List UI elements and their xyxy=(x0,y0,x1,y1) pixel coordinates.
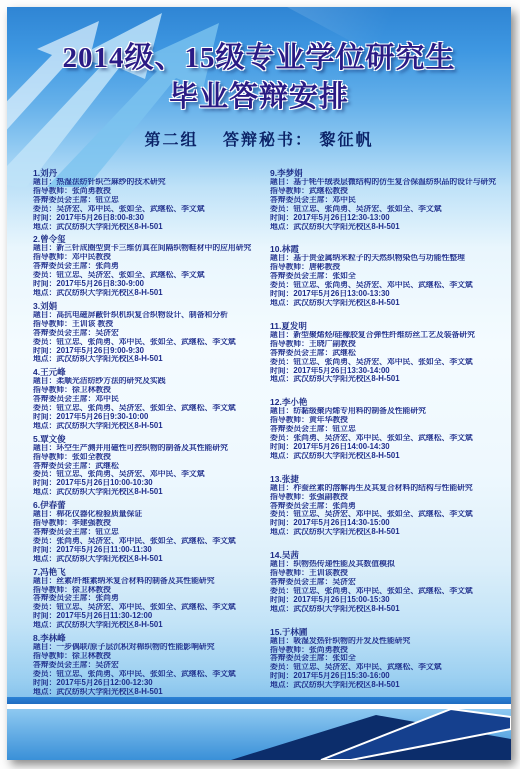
student-name: 15.于林圃 xyxy=(270,627,497,637)
members-line: 委员：钮立忠、张尚勇、吴济宏、张如全、武继松、李文斌 xyxy=(33,404,260,413)
members-label: 委员： xyxy=(270,587,293,595)
secretary-name: 黎征帆 xyxy=(319,132,373,149)
topic-value: 棉花仪器化检验质量保证 xyxy=(56,510,142,518)
topic-label: 题目： xyxy=(33,510,56,518)
advisor-value: 徐卫林教授 xyxy=(72,652,111,660)
time-label: 时间： xyxy=(270,443,293,451)
chair-line: 答辩委员会主席：武继松 xyxy=(270,349,497,358)
location-label: 地点： xyxy=(270,452,293,460)
advisor-line: 指导教师：张尚勇教授 xyxy=(270,646,497,655)
topic-value: 热湿法纺针织苎麻纱的技术研究 xyxy=(56,178,165,186)
advisor-label: 指导教师： xyxy=(270,569,309,577)
defense-entry: 13.张捷 题目：柞蚕丝素的溶解再生及其复合材料的结构与性能研究 指导教师：张强… xyxy=(270,474,497,537)
chair-label: 答辩委员会主席： xyxy=(33,329,95,337)
location-value: 武汉纺织大学阳光校区8-H-501 xyxy=(56,555,162,563)
schedule-columns: 1.刘丹 题目：热湿法纺针织苎麻纱的技术研究 指导教师：张尚勇教授 答辩委员会主… xyxy=(33,168,497,703)
time-label: 时间： xyxy=(33,280,56,288)
members-value: 张尚勇、吴济宏、邓中民、张如全、武继松、李文斌 xyxy=(293,434,472,442)
advisor-line: 指导教师：张尚勇教授 xyxy=(33,187,260,196)
topic-line: 题目：纺黏级聚丙烯专用料的制备及性能研究 xyxy=(270,407,497,416)
advisor-label: 指导教师： xyxy=(270,493,309,501)
chair-line: 答辩委员会主席：张尚勇 xyxy=(270,502,497,511)
advisor-label: 指导教师： xyxy=(33,453,72,461)
chair-value: 张如全 xyxy=(332,272,355,280)
time-label: 时间： xyxy=(33,612,56,620)
location-line: 地点：武汉纺织大学阳光校区8-H-501 xyxy=(270,375,497,384)
topic-line: 题目：织物热传递性能及其数值模拟 xyxy=(270,560,497,569)
topic-label: 题目： xyxy=(33,311,56,319)
members-value: 钮立忠、张尚勇、邓中民、张如全、武继松、李文斌 xyxy=(56,670,235,678)
members-line: 委员：钮立忠、张尚勇、吴济宏、张如全、李文斌 xyxy=(270,205,497,214)
members-label: 委员： xyxy=(33,271,56,279)
members-value: 钮立忠、张尚勇、邓中民、张如全、武继松、李文斌 xyxy=(56,338,235,346)
topic-line: 题目：新三针成圈型贾卡三维仿真在间隔织物鞋材中的应用研究 xyxy=(33,244,260,253)
members-value: 钮立忠、吴济宏、邓中民、张如全、武继松、李文斌 xyxy=(56,603,235,611)
topic-label: 题目： xyxy=(270,484,293,492)
location-line: 地点：武汉纺织大学阳光校区8-H-501 xyxy=(33,422,260,431)
advisor-label: 指导教师： xyxy=(33,253,72,261)
topic-label: 题目： xyxy=(270,254,293,262)
topic-label: 题目： xyxy=(33,444,56,452)
location-label: 地点： xyxy=(33,555,56,563)
time-label: 时间： xyxy=(270,214,293,222)
student-name: 6.伊春蕾 xyxy=(33,500,260,510)
advisor-value: 唐彬教授 xyxy=(309,263,340,271)
advisor-line: 指导教师：邓中民教授 xyxy=(33,253,260,262)
location-label: 地点： xyxy=(33,621,56,629)
bottom-navy-swoosh-icon xyxy=(201,709,511,760)
chair-line: 答辩委员会主席：钮立忠 xyxy=(33,196,260,205)
members-label: 委员： xyxy=(33,603,56,611)
advisor-value: 徐卫林教授 xyxy=(72,386,111,394)
chair-line: 答辩委员会主席：邓中民 xyxy=(33,395,260,404)
advisor-value: 武继松教授 xyxy=(309,187,348,195)
location-value: 武汉纺织大学阳光校区8-H-501 xyxy=(56,422,162,430)
location-value: 武汉纺织大学阳光校区8-H-501 xyxy=(293,605,399,613)
chair-label: 答辩委员会主席： xyxy=(270,654,332,662)
advisor-value: 李建强教授 xyxy=(72,519,111,527)
members-label: 委员： xyxy=(33,205,56,213)
advisor-line: 指导教师：张如全教授 xyxy=(33,453,260,462)
members-line: 委员：钮立忠、吴济宏、邓中民、张如全、武继松、李文斌 xyxy=(33,603,260,612)
chair-label: 答辩委员会主席： xyxy=(270,578,332,586)
chair-value: 武继松 xyxy=(332,349,355,357)
members-line: 委员：钮立忠、张尚勇、吴济宏、邓中民、张如全、李文斌 xyxy=(270,358,497,367)
advisor-line: 指导教师：王训该 教授 xyxy=(33,320,260,329)
chair-label: 答辩委员会主席： xyxy=(33,528,95,536)
topic-label: 题目： xyxy=(270,331,293,339)
topic-line: 题目：丝素/纤维素纳米复合材料的制备及其性能研究 xyxy=(33,577,260,586)
topic-value: 基于贵金属纳米粒子的天然织物染色与功能性整理 xyxy=(293,254,465,262)
chair-label: 答辩委员会主席： xyxy=(33,594,95,602)
topic-line: 题目：棉花仪器化检验质量保证 xyxy=(33,510,260,519)
location-label: 地点： xyxy=(33,289,56,297)
time-value: 2017年5月26日12:30-13:00 xyxy=(293,214,389,222)
left-column: 1.刘丹 题目：热湿法纺针织苎麻纱的技术研究 指导教师：张尚勇教授 答辩委员会主… xyxy=(33,168,260,703)
chair-value: 邓中民 xyxy=(332,196,355,204)
topic-line: 题目：吸湿发热针织物的开发及性能研究 xyxy=(270,637,497,646)
defense-entry: 14.吴茜 题目：织物热传递性能及其数值模拟 指导教师：王训该教授 答辩委员会主… xyxy=(270,550,497,613)
chair-line: 答辩委员会主席：钮立忠 xyxy=(33,528,260,537)
location-label: 地点： xyxy=(33,422,56,430)
location-line: 地点：武汉纺织大学阳光校区8-H-501 xyxy=(33,621,260,630)
time-line: 时间：2017年5月26日15:00-15:30 xyxy=(270,596,497,605)
topic-label: 题目： xyxy=(270,560,293,568)
topic-line: 题目：基于贵金属纳米粒子的天然织物染色与功能性整理 xyxy=(270,254,497,263)
student-name: 11.夏发明 xyxy=(270,321,497,331)
advisor-value: 黄年华教授 xyxy=(309,416,348,424)
advisor-line: 指导教师：张强副教授 xyxy=(270,493,497,502)
location-label: 地点： xyxy=(270,299,293,307)
chair-line: 答辩委员会主席：武继松 xyxy=(33,462,260,471)
topic-line: 题目：柔顺光洁纺纱方法的研究及实践 xyxy=(33,377,260,386)
time-label: 时间： xyxy=(33,479,56,487)
defense-entry: 4.王元峰 题目：柔顺光洁纺纱方法的研究及实践 指导教师：徐卫林教授 答辩委员会… xyxy=(33,367,260,430)
members-label: 委员： xyxy=(33,404,56,412)
topic-label: 题目： xyxy=(33,377,56,385)
poster-header: 2014级、15级专业学位研究生 毕业答辩安排 第二组 答辩秘书： 黎征帆 xyxy=(7,7,511,150)
chair-line: 答辩委员会主席：吴济宏 xyxy=(270,578,497,587)
student-name: 5.覃文俊 xyxy=(33,434,260,444)
time-label: 时间： xyxy=(33,413,56,421)
topic-value: 柞蚕丝素的溶解再生及其复合材料的结构与性能研究 xyxy=(293,484,472,492)
members-label: 委员： xyxy=(270,205,293,213)
members-value: 张尚勇、吴济宏、邓中民、张如全、武继松、李文斌 xyxy=(56,537,235,545)
student-name: 8.李林峰 xyxy=(33,633,260,643)
time-label: 时间： xyxy=(33,214,56,222)
members-line: 委员：钮立忠、吴济宏、邓中民、张如全、武继松、李文斌 xyxy=(270,510,497,519)
student-name: 2.曾令玺 xyxy=(33,234,260,244)
topic-line: 题目：热湿法纺针织苎麻纱的技术研究 xyxy=(33,178,260,187)
members-label: 委员： xyxy=(33,470,56,478)
members-value: 钮立忠、吴济宏、邓中民、张如全、武继松、李文斌 xyxy=(293,510,472,518)
defense-schedule-poster: 2014级、15级专业学位研究生 毕业答辩安排 第二组 答辩秘书： 黎征帆 1.… xyxy=(7,7,511,760)
members-label: 委员： xyxy=(270,358,293,366)
members-value: 钮立忠、张尚勇、邓中民、张如全、武继松、李文斌 xyxy=(293,587,472,595)
members-value: 钮立忠、吴济宏、邓中民、武继松、李文斌 xyxy=(293,663,441,671)
defense-entry: 3.刘娟 题目：高抗电磁屏蔽针织机织复合织物设计、制备和分析 指导教师：王训该 … xyxy=(33,301,260,364)
location-line: 地点：武汉纺织大学阳光校区8-H-501 xyxy=(270,605,497,614)
time-value: 2017年5月26日11:00-11:30 xyxy=(56,546,151,554)
chair-value: 张如全 xyxy=(332,654,355,662)
members-label: 委员： xyxy=(270,281,293,289)
time-label: 时间： xyxy=(270,672,293,680)
location-line: 地点：武汉纺织大学阳光校区8-H-501 xyxy=(270,223,497,232)
student-name: 14.吴茜 xyxy=(270,550,497,560)
advisor-label: 指导教师： xyxy=(270,263,309,271)
members-value: 钮立忠、张尚勇、吴济宏、邓中民、张如全、李文斌 xyxy=(293,358,472,366)
topic-value: 环空生产测井用磁性可控织物的制备及其性能研究 xyxy=(56,444,228,452)
bottom-blue-band xyxy=(7,709,511,760)
defense-entry: 8.李林峰 题目：一步偶联/原子层沉积对棉织物的性能影响研究 指导教师：徐卫林教… xyxy=(33,633,260,696)
time-value: 2017年5月26日11:30-12:00 xyxy=(56,612,152,620)
members-label: 委员： xyxy=(33,338,56,346)
defense-entry: 1.刘丹 题目：热湿法纺针织苎麻纱的技术研究 指导教师：张尚勇教授 答辩委员会主… xyxy=(33,168,260,231)
location-value: 武汉纺织大学阳光校区8-H-501 xyxy=(293,681,399,689)
chair-label: 答辩委员会主席： xyxy=(270,272,332,280)
location-value: 武汉纺织大学阳光校区8-H-501 xyxy=(56,621,162,629)
topic-value: 吸湿发热针织物的开发及性能研究 xyxy=(293,637,410,645)
time-line: 时间：2017年5月26日11:00-11:30 xyxy=(33,546,260,555)
location-line: 地点：武汉纺织大学阳光校区8-H-501 xyxy=(33,555,260,564)
chair-label: 答辩委员会主席： xyxy=(33,661,95,669)
chair-value: 张尚勇 xyxy=(332,502,355,510)
chair-line: 答辩委员会主席：邓中民 xyxy=(270,196,497,205)
chair-label: 答辩委员会主席： xyxy=(270,502,332,510)
chair-label: 答辩委员会主席： xyxy=(270,425,332,433)
time-value: 2017年5月26日15:30-16:00 xyxy=(293,672,389,680)
time-value: 2017年5月26日9:30-10:00 xyxy=(56,413,148,421)
defense-entry: 12.李小艳 题目：纺黏级聚丙烯专用料的制备及性能研究 指导教师：黄年华教授 答… xyxy=(270,397,497,460)
location-label: 地点： xyxy=(33,355,56,363)
advisor-label: 指导教师： xyxy=(33,586,72,594)
time-value: 2017年5月26日15:00-15:30 xyxy=(293,596,389,604)
members-value: 钮立忠、张尚勇、吴济宏、邓中民、武继松、李文斌 xyxy=(293,281,472,289)
advisor-label: 指导教师： xyxy=(33,187,72,195)
advisor-line: 指导教师：唐彬教授 xyxy=(270,263,497,272)
time-line: 时间：2017年5月26日14:00-14:30 xyxy=(270,443,497,452)
location-value: 武汉纺织大学阳光校区8-H-501 xyxy=(293,452,399,460)
topic-value: 新型聚烯烃/硅橡胶复合弹性纤维纺丝工艺及装备研究 xyxy=(293,331,475,339)
members-value: 钮立忠、吴济宏、张如全、武继松、李文斌 xyxy=(56,271,204,279)
advisor-value: 张尚勇教授 xyxy=(309,646,348,654)
time-line: 时间：2017年5月26日8:30-9:00 xyxy=(33,280,260,289)
advisor-value: 徐卫林教授 xyxy=(72,586,111,594)
location-value: 武汉纺织大学阳光校区8-H-501 xyxy=(56,688,162,696)
location-label: 地点： xyxy=(33,688,56,696)
members-label: 委员： xyxy=(270,434,293,442)
members-line: 委员：钮立忠、张尚勇、吴济宏、邓中民、武继松、李文斌 xyxy=(270,281,497,290)
topic-value: 丝素/纤维素纳米复合材料的制备及其性能研究 xyxy=(56,577,214,585)
right-column: 9.李梦娟 题目：基于牦牛绒表层微结构的仿生复合保温纺织品的设计与研究 指导教师… xyxy=(270,168,497,703)
chair-label: 答辩委员会主席： xyxy=(33,262,95,270)
chair-value: 钮立忠 xyxy=(332,425,355,433)
time-value: 2017年5月26日8:30-9:00 xyxy=(56,280,144,288)
advisor-value: 张强副教授 xyxy=(309,493,348,501)
poster-title-line2: 毕业答辩安排 xyxy=(7,75,511,114)
time-label: 时间： xyxy=(33,546,56,554)
members-value: 钮立忠、张尚勇、吴济宏、张如全、武继松、李文斌 xyxy=(56,404,235,412)
members-line: 委员：钮立忠、张尚勇、邓中民、张如全、武继松、李文斌 xyxy=(33,670,260,679)
chair-line: 答辩委员会主席：钮立忠 xyxy=(270,425,497,434)
location-line: 地点：武汉纺织大学阳光校区8-H-501 xyxy=(270,528,497,537)
topic-line: 题目：一步偶联/原子层沉积对棉织物的性能影响研究 xyxy=(33,643,260,652)
chair-line: 答辩委员会主席：张尚勇 xyxy=(33,594,260,603)
location-label: 地点： xyxy=(270,681,293,689)
members-label: 委员： xyxy=(270,510,293,518)
time-line: 时间：2017年5月26日15:30-16:00 xyxy=(270,672,497,681)
advisor-value: 邓中民教授 xyxy=(72,253,111,261)
chair-value: 钮立忠 xyxy=(95,196,118,204)
defense-entry: 10.林霞 题目：基于贵金属纳米粒子的天然织物染色与功能性整理 指导教师：唐彬教… xyxy=(270,244,497,307)
members-line: 委员：钮立忠、吴济宏、邓中民、武继松、李文斌 xyxy=(270,663,497,672)
time-value: 2017年5月26日9:00-9:30 xyxy=(56,347,144,355)
advisor-label: 指导教师： xyxy=(33,519,72,527)
chair-value: 张尚勇 xyxy=(95,262,118,270)
time-label: 时间： xyxy=(33,679,56,687)
advisor-label: 指导教师： xyxy=(270,187,309,195)
members-value: 吴济宏、邓中民、张如全、武继松、李文斌 xyxy=(56,205,204,213)
advisor-line: 指导教师：徐卫林教授 xyxy=(33,652,260,661)
members-line: 委员：吴济宏、邓中民、张如全、武继松、李文斌 xyxy=(33,205,260,214)
location-line: 地点：武汉纺织大学阳光校区8-H-501 xyxy=(33,688,260,697)
defense-entry: 6.伊春蕾 题目：棉花仪器化检验质量保证 指导教师：李建强教授 答辩委员会主席：… xyxy=(33,500,260,563)
location-value: 武汉纺织大学阳光校区8-H-501 xyxy=(56,223,162,231)
chair-line: 答辩委员会主席：张如全 xyxy=(270,654,497,663)
time-value: 2017年5月26日8:00-8:30 xyxy=(56,214,144,222)
location-value: 武汉纺织大学阳光校区8-H-501 xyxy=(56,488,162,496)
defense-entry: 15.于林圃 题目：吸湿发热针织物的开发及性能研究 指导教师：张尚勇教授 答辩委… xyxy=(270,627,497,690)
time-label: 时间： xyxy=(270,596,293,604)
location-value: 武汉纺织大学阳光校区8-H-501 xyxy=(293,528,399,536)
location-label: 地点： xyxy=(270,375,293,383)
defense-entry: 5.覃文俊 题目：环空生产测井用磁性可控织物的制备及其性能研究 指导教师：张如全… xyxy=(33,434,260,497)
topic-value: 织物热传递性能及其数值模拟 xyxy=(293,560,394,568)
student-name: 4.王元峰 xyxy=(33,367,260,377)
student-name: 3.刘娟 xyxy=(33,301,260,311)
time-label: 时间： xyxy=(270,367,293,375)
advisor-line: 指导教师：王晓广副教授 xyxy=(270,340,497,349)
location-value: 武汉纺织大学阳光校区8-H-501 xyxy=(293,375,399,383)
student-name: 10.林霞 xyxy=(270,244,497,254)
advisor-line: 指导教师：徐卫林教授 xyxy=(33,586,260,595)
topic-value: 一步偶联/原子层沉积对棉织物的性能影响研究 xyxy=(56,643,214,651)
chair-label: 答辩委员会主席： xyxy=(270,349,332,357)
advisor-line: 指导教师：黄年华教授 xyxy=(270,416,497,425)
poster-title-line1: 2014级、15级专业学位研究生 xyxy=(7,7,511,75)
advisor-value: 张尚勇教授 xyxy=(72,187,111,195)
chair-value: 邓中民 xyxy=(95,395,118,403)
chair-line: 答辩委员会主席：张如全 xyxy=(270,272,497,281)
topic-value: 基于牦牛绒表层微结构的仿生复合保温纺织品的设计与研究 xyxy=(293,178,496,186)
topic-label: 题目： xyxy=(33,643,56,651)
advisor-value: 王训该教授 xyxy=(309,569,348,577)
chair-value: 吴济宏 xyxy=(95,329,118,337)
location-label: 地点： xyxy=(270,528,293,536)
advisor-label: 指导教师： xyxy=(33,320,72,328)
advisor-line: 指导教师：王训该教授 xyxy=(270,569,497,578)
chair-value: 张尚勇 xyxy=(95,594,118,602)
location-line: 地点：武汉纺织大学阳光校区8-H-501 xyxy=(270,299,497,308)
defense-entry: 7.冯艳飞 题目：丝素/纤维素纳米复合材料的制备及其性能研究 指导教师：徐卫林教… xyxy=(33,567,260,630)
time-label: 时间： xyxy=(270,519,293,527)
chair-value: 武继松 xyxy=(95,462,118,470)
time-label: 时间： xyxy=(33,347,56,355)
chair-value: 吴济宏 xyxy=(332,578,355,586)
chair-label: 答辩委员会主席： xyxy=(33,196,95,204)
time-line: 时间：2017年5月26日10:00-10:30 xyxy=(33,479,260,488)
members-label: 委员： xyxy=(33,537,56,545)
time-value: 2017年5月26日14:30-15:00 xyxy=(293,519,389,527)
chair-label: 答辩委员会主席： xyxy=(33,395,95,403)
location-line: 地点：武汉纺织大学阳光校区8-H-501 xyxy=(270,452,497,461)
time-value: 2017年5月26日10:00-10:30 xyxy=(56,479,152,487)
time-line: 时间：2017年5月26日12:00-12:30 xyxy=(33,679,260,688)
time-line: 时间：2017年5月26日9:00-9:30 xyxy=(33,347,260,356)
time-line: 时间：2017年5月26日12:30-13:00 xyxy=(270,214,497,223)
chair-line: 答辩委员会主席：张尚勇 xyxy=(33,262,260,271)
chair-value: 吴济宏 xyxy=(95,661,118,669)
members-label: 委员： xyxy=(33,670,56,678)
defense-entry: 11.夏发明 题目：新型聚烯烃/硅橡胶复合弹性纤维纺丝工艺及装备研究 指导教师：… xyxy=(270,321,497,384)
time-line: 时间：2017年5月26日14:30-15:00 xyxy=(270,519,497,528)
topic-label: 题目： xyxy=(270,178,293,186)
location-value: 武汉纺织大学阳光校区8-H-501 xyxy=(56,355,162,363)
topic-line: 题目：基于牦牛绒表层微结构的仿生复合保温纺织品的设计与研究 xyxy=(270,178,497,187)
student-name: 7.冯艳飞 xyxy=(33,567,260,577)
time-line: 时间：2017年5月26日13:30-14:00 xyxy=(270,367,497,376)
advisor-label: 指导教师： xyxy=(270,646,309,654)
location-value: 武汉纺织大学阳光校区8-H-501 xyxy=(56,289,162,297)
advisor-line: 指导教师：李建强教授 xyxy=(33,519,260,528)
location-value: 武汉纺织大学阳光校区8-H-501 xyxy=(293,299,399,307)
chair-label: 答辩委员会主席： xyxy=(33,462,95,470)
topic-label: 题目： xyxy=(270,407,293,415)
time-line: 时间：2017年5月26日9:30-10:00 xyxy=(33,413,260,422)
location-line: 地点：武汉纺织大学阳光校区8-H-501 xyxy=(270,681,497,690)
advisor-label: 指导教师： xyxy=(270,340,309,348)
topic-line: 题目：新型聚烯烃/硅橡胶复合弹性纤维纺丝工艺及装备研究 xyxy=(270,331,497,340)
members-label: 委员： xyxy=(270,663,293,671)
topic-label: 题目： xyxy=(33,577,56,585)
location-label: 地点： xyxy=(33,488,56,496)
members-value: 钮立忠、张尚勇、吴济宏、邓中民、李文斌 xyxy=(56,470,204,478)
group-subtitle: 第二组 答辩秘书： 黎征帆 xyxy=(7,127,511,150)
members-line: 委员：钮立忠、吴济宏、张如全、武继松、李文斌 xyxy=(33,271,260,280)
time-line: 时间：2017年5月26日11:30-12:00 xyxy=(33,612,260,621)
location-value: 武汉纺织大学阳光校区8-H-501 xyxy=(293,223,399,231)
student-name: 1.刘丹 xyxy=(33,168,260,178)
advisor-label: 指导教师： xyxy=(270,416,309,424)
members-line: 委员：张尚勇、吴济宏、邓中民、张如全、武继松、李文斌 xyxy=(270,434,497,443)
location-line: 地点：武汉纺织大学阳光校区8-H-501 xyxy=(33,488,260,497)
time-value: 2017年5月26日13:00-13:30 xyxy=(293,290,389,298)
topic-value: 高抗电磁屏蔽针织机织复合织物设计、制备和分析 xyxy=(56,311,228,319)
secretary-label: 答辩秘书： xyxy=(223,132,313,149)
chair-line: 答辩委员会主席：吴济宏 xyxy=(33,661,260,670)
time-value: 2017年5月26日14:00-14:30 xyxy=(293,443,389,451)
topic-label: 题目： xyxy=(270,637,293,645)
advisor-line: 指导教师：徐卫林教授 xyxy=(33,386,260,395)
members-line: 委员：钮立忠、张尚勇、吴济宏、邓中民、李文斌 xyxy=(33,470,260,479)
time-value: 2017年5月26日13:30-14:00 xyxy=(293,367,389,375)
time-value: 2017年5月26日12:00-12:30 xyxy=(56,679,152,687)
defense-entry: 9.李梦娟 题目：基于牦牛绒表层微结构的仿生复合保温纺织品的设计与研究 指导教师… xyxy=(270,168,497,231)
advisor-line: 指导教师：武继松教授 xyxy=(270,187,497,196)
location-line: 地点：武汉纺织大学阳光校区8-H-501 xyxy=(33,289,260,298)
members-line: 委员：钮立忠、张尚勇、邓中民、张如全、武继松、李文斌 xyxy=(270,587,497,596)
group-number: 第二组 xyxy=(145,132,199,149)
chair-value: 钮立忠 xyxy=(95,528,118,536)
location-label: 地点： xyxy=(270,605,293,613)
members-line: 委员：钮立忠、张尚勇、邓中民、张如全、武继松、李文斌 xyxy=(33,338,260,347)
topic-line: 题目：高抗电磁屏蔽针织机织复合织物设计、制备和分析 xyxy=(33,311,260,320)
advisor-label: 指导教师： xyxy=(33,652,72,660)
topic-label: 题目： xyxy=(33,178,56,186)
student-name: 9.李梦娟 xyxy=(270,168,497,178)
time-line: 时间：2017年5月26日13:00-13:30 xyxy=(270,290,497,299)
time-line: 时间：2017年5月26日8:00-8:30 xyxy=(33,214,260,223)
members-value: 钮立忠、张尚勇、吴济宏、张如全、李文斌 xyxy=(293,205,441,213)
time-label: 时间： xyxy=(270,290,293,298)
topic-value: 纺黏级聚丙烯专用料的制备及性能研究 xyxy=(293,407,426,415)
topic-line: 题目：柞蚕丝素的溶解再生及其复合材料的结构与性能研究 xyxy=(270,484,497,493)
topic-value: 柔顺光洁纺纱方法的研究及实践 xyxy=(56,377,165,385)
topic-line: 题目：环空生产测井用磁性可控织物的制备及其性能研究 xyxy=(33,444,260,453)
topic-label: 题目： xyxy=(33,244,56,252)
location-line: 地点：武汉纺织大学阳光校区8-H-501 xyxy=(33,355,260,364)
defense-entry: 2.曾令玺 题目：新三针成圈型贾卡三维仿真在间隔织物鞋材中的应用研究 指导教师：… xyxy=(33,234,260,297)
